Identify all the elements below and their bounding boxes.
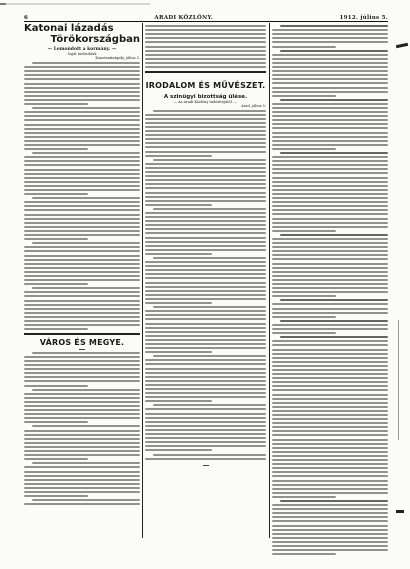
text-line bbox=[145, 445, 266, 447]
text-line bbox=[24, 421, 88, 423]
text-line bbox=[24, 458, 88, 460]
text-line bbox=[272, 160, 388, 162]
text-line bbox=[24, 450, 140, 452]
text-line bbox=[145, 359, 266, 361]
text-line bbox=[272, 402, 388, 404]
text-line bbox=[24, 385, 88, 387]
text-line bbox=[272, 525, 388, 527]
text-line bbox=[24, 324, 140, 326]
news-item-lead bbox=[280, 320, 388, 322]
text-line bbox=[24, 393, 140, 395]
text-line bbox=[145, 163, 266, 165]
section-title-irodalom: IRODALOM ÉS MŰVÉSZET. bbox=[145, 81, 266, 90]
news-item-lead bbox=[280, 299, 388, 301]
text-line bbox=[145, 331, 266, 333]
text-line bbox=[145, 212, 266, 214]
text-line bbox=[24, 466, 140, 468]
text-line bbox=[24, 259, 140, 261]
text-line bbox=[145, 29, 266, 31]
text-line bbox=[153, 404, 266, 406]
left-column: Katonai lázadás Törökországban — Lemondo… bbox=[24, 23, 140, 507]
text-line bbox=[24, 83, 140, 85]
page-header: 6 ARADI KÖZLÖNY. 1912. július 5. bbox=[24, 12, 388, 21]
text-line bbox=[272, 132, 388, 134]
text-line bbox=[272, 70, 388, 72]
text-line bbox=[272, 447, 388, 449]
middle-column: IRODALOM ÉS MŰVÉSZET. A szinügyi bizotts… bbox=[145, 23, 266, 468]
text-line bbox=[24, 312, 140, 314]
text-line bbox=[24, 103, 88, 105]
text-line bbox=[24, 434, 140, 436]
text-line bbox=[24, 87, 140, 89]
text-line bbox=[145, 302, 212, 304]
text-line bbox=[272, 484, 388, 486]
text-line bbox=[24, 111, 140, 113]
text-line bbox=[32, 152, 140, 154]
text-line bbox=[24, 430, 140, 432]
text-line bbox=[145, 134, 266, 136]
text-line bbox=[272, 398, 388, 400]
section-rule bbox=[24, 333, 140, 335]
text-line bbox=[24, 185, 140, 187]
text-line bbox=[24, 495, 88, 497]
text-line bbox=[24, 246, 140, 248]
news-item-lead bbox=[280, 25, 388, 27]
scan-artifact bbox=[398, 320, 399, 440]
text-line bbox=[272, 308, 388, 310]
text-line bbox=[145, 220, 266, 222]
text-line bbox=[145, 187, 266, 189]
text-line bbox=[272, 54, 388, 56]
column-divider bbox=[269, 23, 270, 538]
text-line bbox=[272, 361, 388, 363]
text-line bbox=[24, 295, 140, 297]
text-line bbox=[145, 228, 266, 230]
text-line bbox=[24, 380, 140, 382]
text-line bbox=[145, 363, 266, 365]
text-line bbox=[272, 87, 388, 89]
text-line bbox=[145, 380, 266, 382]
scan-artifact bbox=[0, 3, 150, 5]
text-line bbox=[272, 140, 388, 142]
text-line bbox=[145, 277, 266, 279]
text-line bbox=[24, 364, 140, 366]
text-line bbox=[272, 488, 388, 490]
text-line bbox=[24, 164, 140, 166]
text-line bbox=[24, 479, 140, 481]
text-line bbox=[145, 142, 266, 144]
text-line bbox=[272, 230, 336, 232]
text-line bbox=[272, 74, 388, 76]
text-line bbox=[145, 66, 266, 68]
text-line bbox=[145, 37, 266, 39]
text-line bbox=[153, 159, 266, 161]
text-line bbox=[272, 496, 336, 498]
text-line bbox=[272, 283, 388, 285]
text-line bbox=[272, 82, 388, 84]
text-line bbox=[145, 347, 266, 349]
text-line bbox=[145, 171, 266, 173]
text-line bbox=[32, 389, 140, 391]
text-line bbox=[272, 279, 388, 281]
text-line bbox=[272, 316, 336, 318]
text-line bbox=[272, 250, 388, 252]
ornament bbox=[79, 349, 85, 350]
text-line bbox=[153, 257, 266, 259]
text-line bbox=[24, 238, 88, 240]
text-line bbox=[272, 422, 388, 424]
text-line bbox=[24, 328, 88, 330]
text-line bbox=[145, 425, 266, 427]
text-line bbox=[272, 430, 388, 432]
text-line bbox=[24, 446, 140, 448]
text-line bbox=[24, 234, 140, 236]
news-item-lead bbox=[280, 152, 388, 154]
text-line bbox=[145, 400, 212, 402]
text-line bbox=[145, 388, 266, 390]
text-line bbox=[272, 119, 388, 121]
text-line bbox=[145, 261, 266, 263]
text-line bbox=[145, 433, 266, 435]
text-line bbox=[145, 298, 266, 300]
text-line bbox=[272, 201, 388, 203]
text-line bbox=[145, 25, 266, 27]
text-line bbox=[272, 242, 388, 244]
text-line bbox=[272, 103, 388, 105]
text-line bbox=[24, 189, 140, 191]
text-line bbox=[24, 250, 140, 252]
text-line bbox=[272, 492, 388, 494]
text-line bbox=[272, 58, 388, 60]
text-line bbox=[145, 138, 266, 140]
text-line bbox=[272, 451, 388, 453]
text-line bbox=[145, 41, 266, 43]
text-line bbox=[24, 218, 140, 220]
text-line bbox=[272, 418, 388, 420]
text-line bbox=[24, 156, 140, 158]
text-line bbox=[145, 449, 212, 451]
text-line bbox=[145, 54, 266, 56]
text-line bbox=[24, 271, 140, 273]
text-line bbox=[32, 197, 140, 199]
text-line bbox=[32, 62, 140, 64]
text-line bbox=[145, 216, 266, 218]
text-line bbox=[272, 512, 388, 514]
text-line bbox=[272, 377, 388, 379]
text-line bbox=[153, 208, 266, 210]
text-line bbox=[24, 255, 140, 257]
text-line bbox=[145, 237, 266, 239]
text-line bbox=[24, 275, 140, 277]
text-line bbox=[272, 480, 388, 482]
text-line bbox=[145, 253, 212, 255]
text-line bbox=[272, 434, 388, 436]
text-line bbox=[272, 193, 388, 195]
text-line bbox=[153, 306, 266, 308]
text-line bbox=[24, 397, 140, 399]
text-line bbox=[272, 463, 388, 465]
text-line bbox=[24, 95, 140, 97]
text-line bbox=[145, 417, 266, 419]
text-line bbox=[272, 95, 336, 97]
text-line bbox=[145, 351, 212, 353]
text-line bbox=[145, 343, 266, 345]
text-line bbox=[24, 304, 140, 306]
text-line bbox=[272, 111, 388, 113]
text-line bbox=[24, 66, 140, 68]
text-line bbox=[24, 487, 140, 489]
text-line bbox=[24, 291, 140, 293]
text-line bbox=[272, 136, 388, 138]
text-line bbox=[24, 401, 140, 403]
text-line bbox=[272, 127, 388, 129]
text-line bbox=[272, 62, 388, 64]
text-line bbox=[24, 308, 140, 310]
text-line bbox=[24, 70, 140, 72]
text-line bbox=[153, 110, 266, 112]
text-line bbox=[24, 442, 140, 444]
text-line bbox=[24, 483, 140, 485]
text-line bbox=[145, 372, 266, 374]
text-line bbox=[145, 421, 266, 423]
text-line bbox=[272, 381, 388, 383]
text-line bbox=[24, 405, 140, 407]
text-line bbox=[272, 226, 388, 228]
text-line bbox=[24, 267, 140, 269]
text-line bbox=[24, 160, 140, 162]
text-line bbox=[145, 408, 266, 410]
text-line bbox=[272, 115, 388, 117]
text-line bbox=[272, 258, 388, 260]
text-line bbox=[32, 107, 140, 109]
text-line bbox=[272, 78, 388, 80]
text-line bbox=[145, 204, 212, 206]
column-divider bbox=[142, 23, 143, 538]
text-line bbox=[272, 209, 388, 211]
text-line bbox=[272, 41, 388, 43]
text-line bbox=[24, 356, 140, 358]
text-line bbox=[272, 455, 388, 457]
text-line bbox=[24, 376, 140, 378]
text-line bbox=[24, 91, 140, 93]
newspaper-page: 6 ARADI KÖZLÖNY. 1912. július 5. Katonai… bbox=[0, 0, 410, 569]
text-line bbox=[24, 99, 140, 101]
text-line bbox=[145, 392, 266, 394]
text-line bbox=[145, 33, 266, 35]
text-line bbox=[272, 533, 388, 535]
text-line bbox=[153, 355, 266, 357]
text-line bbox=[24, 360, 140, 362]
text-line bbox=[24, 193, 88, 195]
news-item-lead bbox=[280, 50, 388, 52]
text-line bbox=[145, 314, 266, 316]
text-line bbox=[272, 197, 388, 199]
text-line bbox=[145, 429, 266, 431]
text-line bbox=[145, 130, 266, 132]
text-line bbox=[145, 458, 266, 460]
text-line bbox=[272, 156, 388, 158]
text-line bbox=[272, 549, 388, 551]
text-line bbox=[145, 413, 266, 415]
ornament bbox=[203, 465, 209, 466]
text-line bbox=[145, 318, 266, 320]
text-line bbox=[272, 213, 388, 215]
text-line bbox=[145, 269, 266, 271]
text-line bbox=[272, 349, 388, 351]
text-line bbox=[24, 209, 140, 211]
headline-line-1: Katonai lázadás bbox=[24, 23, 140, 34]
text-line bbox=[272, 545, 388, 547]
text-line bbox=[24, 177, 140, 179]
text-line bbox=[272, 516, 388, 518]
text-line bbox=[272, 271, 388, 273]
text-line bbox=[145, 249, 266, 251]
text-line bbox=[145, 192, 266, 194]
section-title-varos: VÁROS ÉS MEGYE. bbox=[24, 338, 140, 347]
text-line bbox=[272, 287, 388, 289]
text-line bbox=[24, 417, 140, 419]
scan-artifact bbox=[396, 510, 404, 513]
text-line bbox=[145, 286, 266, 288]
text-line bbox=[272, 263, 388, 265]
text-line bbox=[24, 115, 140, 117]
header-rule bbox=[24, 21, 388, 22]
text-line bbox=[272, 357, 388, 359]
text-line bbox=[24, 320, 140, 322]
text-line bbox=[272, 254, 388, 256]
text-line bbox=[145, 232, 266, 234]
text-line bbox=[145, 384, 266, 386]
text-line bbox=[145, 273, 266, 275]
article-body bbox=[24, 62, 140, 330]
text-line bbox=[272, 324, 388, 326]
text-line bbox=[32, 242, 140, 244]
text-line bbox=[24, 222, 140, 224]
text-line bbox=[272, 275, 388, 277]
article-body bbox=[24, 352, 140, 505]
text-line bbox=[272, 389, 388, 391]
text-line bbox=[272, 439, 388, 441]
text-line bbox=[272, 246, 388, 248]
text-line bbox=[272, 189, 388, 191]
text-line bbox=[272, 467, 388, 469]
text-line bbox=[145, 376, 266, 378]
text-line bbox=[272, 46, 336, 48]
text-line bbox=[272, 107, 388, 109]
text-line bbox=[272, 541, 388, 543]
text-line bbox=[145, 114, 266, 116]
text-line bbox=[272, 168, 388, 170]
text-line bbox=[272, 340, 388, 342]
text-line bbox=[145, 122, 266, 124]
text-line bbox=[145, 167, 266, 169]
text-line bbox=[272, 205, 388, 207]
text-line bbox=[24, 148, 88, 150]
text-line bbox=[272, 553, 336, 555]
text-line bbox=[145, 146, 266, 148]
text-line bbox=[32, 425, 140, 427]
text-line bbox=[272, 91, 388, 93]
dateline: Arad, július 5. bbox=[145, 104, 266, 108]
text-line bbox=[272, 471, 388, 473]
news-item-lead bbox=[280, 99, 388, 101]
text-line bbox=[24, 74, 140, 76]
text-line bbox=[145, 441, 266, 443]
text-line bbox=[145, 310, 266, 312]
text-line bbox=[24, 214, 140, 216]
text-line bbox=[24, 413, 140, 415]
text-line bbox=[145, 437, 266, 439]
text-line bbox=[145, 265, 266, 267]
text-line bbox=[145, 175, 266, 177]
text-line bbox=[272, 406, 388, 408]
text-line bbox=[145, 323, 266, 325]
text-line bbox=[272, 172, 388, 174]
text-line bbox=[272, 33, 388, 35]
text-line bbox=[145, 241, 266, 243]
news-items bbox=[272, 25, 388, 555]
text-line bbox=[24, 124, 140, 126]
text-line bbox=[24, 144, 140, 146]
text-line bbox=[145, 58, 266, 60]
text-line bbox=[272, 394, 388, 396]
text-line bbox=[272, 123, 388, 125]
text-line bbox=[24, 475, 140, 477]
text-line bbox=[272, 218, 388, 220]
text-line bbox=[272, 344, 388, 346]
text-line bbox=[24, 226, 140, 228]
text-line bbox=[272, 238, 388, 240]
text-line bbox=[145, 179, 266, 181]
text-line bbox=[24, 368, 140, 370]
text-line bbox=[32, 287, 140, 289]
text-line bbox=[272, 353, 388, 355]
right-column bbox=[272, 23, 388, 557]
text-line bbox=[272, 328, 388, 330]
news-item-lead bbox=[280, 500, 388, 502]
text-line bbox=[272, 267, 388, 269]
text-line bbox=[272, 410, 388, 412]
text-line bbox=[272, 144, 388, 146]
text-line bbox=[24, 230, 140, 232]
text-line bbox=[272, 312, 388, 314]
news-item-lead bbox=[280, 336, 388, 338]
text-line bbox=[24, 119, 140, 121]
text-line bbox=[145, 200, 266, 202]
text-line bbox=[145, 396, 266, 398]
text-line bbox=[272, 66, 388, 68]
text-line bbox=[272, 291, 388, 293]
text-line bbox=[272, 508, 388, 510]
text-line bbox=[24, 181, 140, 183]
text-line bbox=[145, 245, 266, 247]
text-line bbox=[24, 140, 140, 142]
text-line bbox=[24, 173, 140, 175]
text-line bbox=[272, 520, 388, 522]
dateline: Konstantinápoly, július 5. bbox=[24, 56, 140, 60]
headline-line-2: Törökországban bbox=[24, 34, 140, 45]
text-line bbox=[145, 327, 266, 329]
scan-artifact bbox=[396, 43, 408, 48]
text-line bbox=[272, 29, 388, 31]
text-line bbox=[24, 78, 140, 80]
text-line bbox=[24, 263, 140, 265]
text-line bbox=[24, 205, 140, 207]
text-line bbox=[24, 201, 140, 203]
text-line bbox=[145, 368, 266, 370]
text-line bbox=[145, 126, 266, 128]
text-line bbox=[145, 294, 266, 296]
